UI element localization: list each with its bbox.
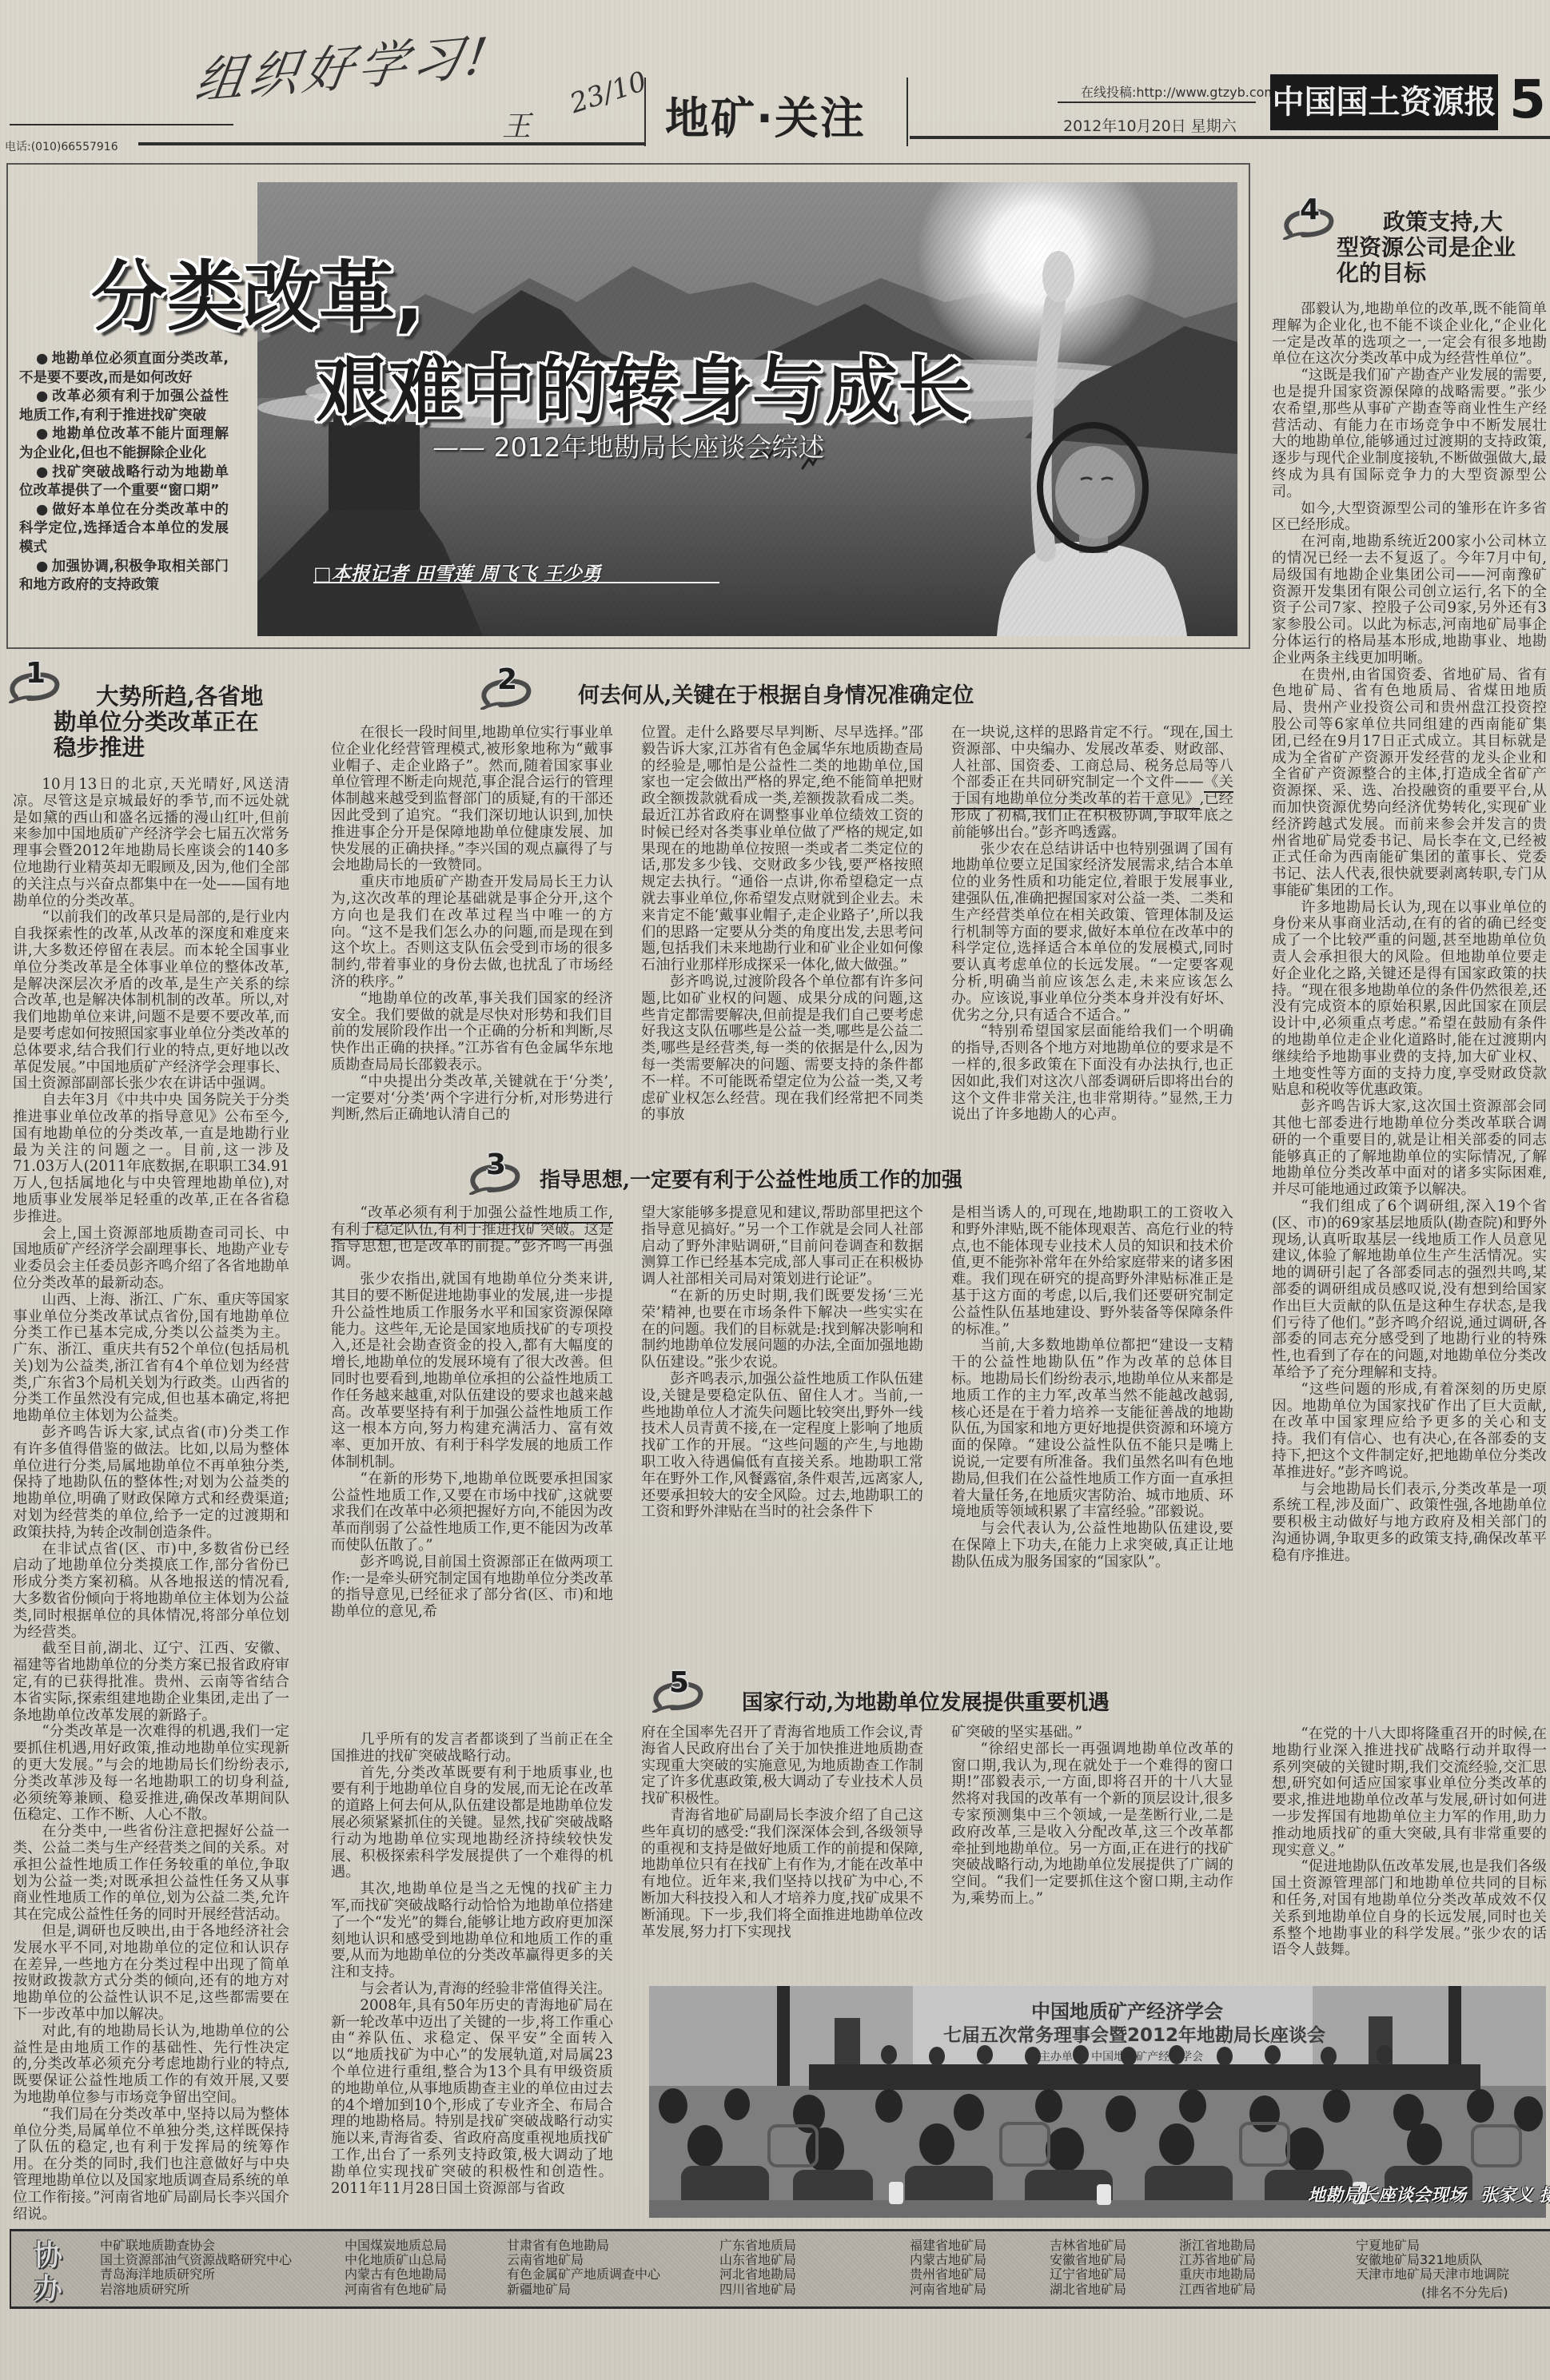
section-5-column-3: 矿突破的坚实基础。” “徐绍史部长一再强调地勘单位改革的窗口期,我认为,现在就处… bbox=[951, 1725, 1233, 1977]
organizer-item: 浙江省地勘局 bbox=[1179, 2239, 1256, 2253]
page-number: 5 bbox=[1509, 69, 1546, 130]
organizer-item: 安徽省地矿局 bbox=[1050, 2253, 1126, 2267]
paragraph: 但是,调研也反映出,由于各地经济社会发展水平不同,对地勘单位的定位和认识存在差异… bbox=[13, 1924, 289, 2024]
photo-banner-line-2: 七届五次常务理事会暨2012年地勘局长座谈会 bbox=[943, 2020, 1325, 2047]
paragraph: 对此,有的地勘局长认为,地勘单位的公益性是由地质工作的基础性、先行性决定的,分类… bbox=[13, 2024, 289, 2107]
paragraph: 张少农在总结讲话中也特别强调了国有地勘单位要立足国家经济发展需求,结合本单位的业… bbox=[951, 842, 1233, 1025]
paragraph: 是相当诱人的,可现在,地勘职工的工资收入和野外津贴,既不能体现艰苦、高危行业的特… bbox=[951, 1205, 1233, 1338]
section-number-badge: 5 bbox=[651, 1671, 706, 1713]
organizer-item: 贵州省地矿局 bbox=[910, 2267, 986, 2282]
section-2-column-1: 在很长一段时间里,地勘单位实行事业单位企业化经营管理模式,被形象地称为“戴事业帽… bbox=[331, 725, 613, 1124]
organizer-item: 辽宁省地矿局 bbox=[1050, 2267, 1126, 2282]
section-title-line: 型资源公司是企业 bbox=[1337, 235, 1536, 261]
organizer-item: 重庆市地勘局 bbox=[1179, 2267, 1256, 2282]
paragraph: “在党的十八大即将隆重召开的时候,在地勘行业深入推进找矿战略行动并取得一系列突破… bbox=[1272, 1726, 1547, 1859]
section-3-column-2: 望大家能够多提意见和建议,帮助部里把这个指导意见搞好。”另一个工作就是会同人社部… bbox=[641, 1205, 923, 1654]
section-number: 5 bbox=[669, 1666, 689, 1699]
organizer-item: 中矿联地质勘查协会 bbox=[100, 2239, 292, 2253]
paragraph: 山西、上海、浙江、广东、重庆等国家事业单位分类改革试点省份,国有地勘单位分类工作… bbox=[13, 1292, 289, 1425]
bullet-icon: ● bbox=[36, 350, 51, 369]
paragraph: “改革必须有利于加强公益性地质工作,有利于稳定队伍,有利于推进找矿突破。这是指导… bbox=[331, 1205, 613, 1272]
paragraph: 彭齐鸣表示,加强公益性地质工作队伍建设,关键是要稳定队伍、留住人才。当前,一些地… bbox=[641, 1371, 923, 1521]
paragraph: 张少农指出,就国有地勘单位分类来讲,其目的要不断促进地勘事业的发展,进一步提升公… bbox=[331, 1272, 613, 1471]
bullet-icon: ● bbox=[36, 501, 51, 520]
organizer-item: 河北省地勘局 bbox=[719, 2267, 796, 2282]
header-divider-right bbox=[906, 78, 908, 146]
submission-rule bbox=[1058, 101, 1256, 103]
key-point: ●找矿突破战略行动为地勘单位改革提供了一个重要“窗口期” bbox=[19, 464, 229, 501]
paragraph: 邵毅认为,地勘单位的改革,既不能简单理解为企业化,也不能不谈企业化,“企业化一定… bbox=[1272, 301, 1547, 368]
footer-label-ban: 办 bbox=[34, 2267, 62, 2307]
paragraph-text: 在一块说,这样的思路肯定不行。“现在,国土资源部、中央编办、发展改革委、财政部、… bbox=[951, 725, 1233, 790]
bullet-icon: ● bbox=[36, 464, 51, 483]
section-title-line: 化的目标 bbox=[1337, 261, 1536, 286]
header-rule-left bbox=[138, 142, 644, 145]
headline-subtitle: —— 2012年地勘局长座谈会综述 bbox=[432, 427, 824, 464]
section-number: 1 bbox=[26, 657, 46, 690]
bullet-icon: ● bbox=[36, 388, 51, 407]
paragraph: “我们组成了6个调研组,深入19个省(区、市)的69家基层地质队(勘查院)和野外… bbox=[1272, 1199, 1547, 1382]
bullet-icon: ● bbox=[36, 558, 51, 577]
newspaper-masthead: 中国国土资源报 bbox=[1270, 74, 1498, 130]
paragraph: 会上,国土资源部地质勘查司司长、中国地质矿产经济学会副理事长、地勘产业专业委员会… bbox=[13, 1226, 289, 1292]
paragraph: 与会者认为,青海的经验非常值得关注。 bbox=[331, 1981, 613, 1998]
organizer-item: 江西省地矿局 bbox=[1179, 2282, 1256, 2297]
section-number: 3 bbox=[486, 1148, 506, 1181]
photo-banner-host: 主办单位: 中国地质矿产经济学会 bbox=[1039, 2048, 1203, 2064]
paragraph-text: “ bbox=[360, 1205, 367, 1221]
paragraph: 彭齐鸣说,过渡阶段各个单位都有许多问题,比如矿业权的问题、成果分成的问题,这些肯… bbox=[641, 974, 923, 1124]
phone-number: 电话:(010)66557916 bbox=[5, 138, 118, 154]
headline-line-2: 艰难中的转身与成长 bbox=[316, 332, 970, 437]
photo-credit: 张家义 摄 bbox=[1480, 2186, 1550, 2206]
bullet-icon: ● bbox=[36, 425, 51, 444]
organizer-item: 甘肃省有色地勘局 bbox=[507, 2239, 660, 2253]
section-2-column-2: 位置。走什么路要尽早判断、尽早选择。”邵毅告诉大家,江苏省有色金属华东地质勘查局… bbox=[641, 725, 923, 1124]
paragraph: 彭齐鸣说,目前国土资源部正在做两项工作:一是牵头研究制定国有地勘单位分类改革的指… bbox=[331, 1554, 613, 1621]
organizer-item: 江苏省地矿局 bbox=[1179, 2253, 1256, 2267]
paragraph: 2008年,具有50年历史的青海地矿局在新一轮改革中迈出了关键的一步,将工作重心… bbox=[331, 1998, 613, 2198]
header-rule-right bbox=[910, 136, 1550, 139]
section-number-badge: 2 bbox=[480, 668, 534, 710]
section-5-column-4: “在党的十八大即将隆重召开的时候,在地勘行业深入推进找矿战略行动并取得一系列突破… bbox=[1272, 1726, 1547, 1979]
section-3-column-1: “改革必须有利于加强公益性地质工作,有利于稳定队伍,有利于推进找矿突破。这是指导… bbox=[331, 1205, 613, 1654]
section-5-column-1: 几乎所有的发言者都谈到了当前正在全国推进的找矿突破战略行动。 首先,分类改革既要… bbox=[331, 1732, 613, 2223]
paragraph: 望大家能够多提意见和建议,帮助部里把这个指导意见搞好。”另一个工作就是会同人社部… bbox=[641, 1205, 923, 1288]
organizer-column: 广东省地质局 山东省地矿局 河北省地勘局 四川省地矿局 bbox=[719, 2239, 796, 2297]
paragraph: 10月13日的北京,天光晴好,风送清凉。尽管这是京城最好的季节,而不远处就是如黛… bbox=[13, 777, 289, 909]
key-point: ●做好本单位在分类改革中的科学定位,选择适合本单位的发展模式 bbox=[19, 501, 229, 558]
section-title-line: 政策支持,大 bbox=[1337, 209, 1536, 235]
paragraph: 与会地勘局长们表示,分类改革是一项系统工程,涉及面广、政策性强,各地勘单位要积极… bbox=[1272, 1482, 1547, 1565]
organizer-item: 吉林省地矿局 bbox=[1050, 2239, 1126, 2253]
paragraph: 其次,地勘单位是当之无愧的找矿主力军,而找矿突破战略行动恰恰为地勘单位搭建了一个… bbox=[331, 1881, 613, 1981]
handwritten-signature: 王 bbox=[502, 104, 531, 145]
paragraph: 重庆市地质矿产勘查开发局局长王力认为,这次改革的理论基础就是事企分开,这个方向也… bbox=[331, 874, 613, 991]
key-point: ●地勘单位改革不能片面理解为企业化,但也不能摒除企业化 bbox=[19, 425, 229, 463]
organizer-item: 新疆地矿局 bbox=[507, 2282, 660, 2297]
paragraph: “分类改革是一次难得的机遇,我们一定要抓住机遇,用好政策,推动地勘单位实现新的更… bbox=[13, 1724, 289, 1824]
section-4-column: 邵毅认为,地勘单位的改革,既不能简单理解为企业化,也不能不谈企业化,“企业化一定… bbox=[1272, 301, 1547, 1673]
paragraph: “徐绍史部长一再强调地勘单位改革的窗口期,我认为,现在就处于一个难得的窗口期!”… bbox=[951, 1741, 1233, 1908]
handwriting-rule bbox=[10, 124, 233, 125]
photo-banner-line-1: 中国地质矿产经济学会 bbox=[1031, 1996, 1223, 2024]
section-1-column: 10月13日的北京,天光晴好,风送清凉。尽管这是京城最好的季节,而不远处就是如黛… bbox=[13, 777, 289, 2223]
paragraph: 在贵州,由省国资委、省地矿局、省有色地矿局、省有色地质局、省煤田地质局、贵州产业… bbox=[1272, 667, 1547, 900]
section-number-badge: 3 bbox=[468, 1153, 523, 1195]
paragraph: “特别希望国家层面能给我们一个明确的指导,否则各个地方对地勘单位的要求是不一样的… bbox=[951, 1024, 1233, 1124]
organizer-item: 内蒙古有色地勘局 bbox=[345, 2267, 447, 2282]
submission-link[interactable]: 在线投稿:http://www.gtzyb.com bbox=[1081, 82, 1277, 101]
organizer-item: 福建省地矿局 bbox=[910, 2239, 986, 2253]
paragraph: 首先,分类改革既要有利于地质事业,也要有利于地勘单位自身的发展,而无论在改革的道… bbox=[331, 1765, 613, 1882]
paragraph: “在新的形势下,地勘单位既要承担国家公益性地质工作,又要在市场中找矿,这就要求我… bbox=[331, 1471, 613, 1554]
paragraph: 在一块说,这样的思路肯定不行。“现在,国土资源部、中央编办、发展改革委、财政部、… bbox=[951, 725, 1233, 842]
section-2-title: 何去何从,关键在于根据自身情况准确定位 bbox=[578, 678, 974, 709]
organizer-item: 河南省有色地矿局 bbox=[345, 2282, 447, 2297]
head-table bbox=[809, 2064, 1480, 2090]
paragraph: 自去年3月《中共中央 国务院关于分类推进事业单位改革的指导意见》公布至今,国有地… bbox=[13, 1092, 289, 1225]
paragraph: 几乎所有的发言者都谈到了当前正在全国推进的找矿突破战略行动。 bbox=[331, 1732, 613, 1765]
handwritten-underline-text: 改革必须有利于加强公益性地质工作,有利于稳定队伍,有利于推进找矿突破。 bbox=[331, 1205, 613, 1240]
section-5-title: 国家行动,为地勘单位发展提供重要机遇 bbox=[742, 1685, 1110, 1716]
section-title-line: 大势所趋,各省地 bbox=[54, 683, 269, 709]
organizer-column: 宁夏地矿局 安徽地矿局321地质队 天津市地矿局天津市地调院 bbox=[1356, 2239, 1509, 2282]
paragraph: 青海省地矿局副局长李波介绍了自己这些年真切的感受:“我们深深体会到,各级领导的重… bbox=[641, 1808, 923, 1940]
organizer-item: 安徽地矿局321地质队 bbox=[1356, 2253, 1509, 2267]
paragraph: 在河南,地勘系统近200家小公司林立的情况已经一去不复返了。今年7月中旬,局级国… bbox=[1272, 534, 1547, 667]
paragraph: “地勘单位的改革,事关我们国家的经济安全。我们要做的就是尽快对形势和我们目前的发… bbox=[331, 991, 613, 1074]
paragraph: 与会代表认为,公益性地勘队伍建设,要在保障上下功夫,在能力上求突破,真正让地勘队… bbox=[951, 1521, 1233, 1570]
paragraph: 在分类中,一些省份注意把握好公益一类、公益二类与生产经营类之间的关系。对承担公益… bbox=[13, 1824, 289, 1924]
header-divider-left bbox=[644, 78, 646, 146]
organizer-item: 内蒙古地矿局 bbox=[910, 2253, 986, 2267]
section-4-title: 政策支持,大 型资源公司是企业 化的目标 bbox=[1337, 209, 1536, 286]
key-point-text: 找矿突破战略行动为地勘单位改革提供了一个重要“窗口期” bbox=[19, 464, 229, 499]
organizer-item: 宁夏地矿局 bbox=[1356, 2239, 1509, 2253]
organizer-column: 中国煤炭地质总局 中化地质矿山总局 内蒙古有色地勘局 河南省有色地矿局 bbox=[345, 2239, 447, 2297]
organizer-item: 广东省地质局 bbox=[719, 2239, 796, 2253]
key-points-list: ●地勘单位必须直面分类改革,不是要不要改,而是如何改好 ●改革必须有利于加强公益… bbox=[19, 350, 229, 595]
organizer-item: 天津市地矿局天津市地调院 bbox=[1356, 2267, 1509, 2282]
organizer-item: 青岛海洋地质研究所 bbox=[100, 2267, 292, 2282]
paragraph: “以前我们的改革只是局部的,是行业内自我探索性的改革,从改革的深度和难度来讲,大… bbox=[13, 909, 289, 1092]
page-section-title: 地矿·关注 bbox=[665, 83, 866, 146]
organizer-item: 中化地质矿山总局 bbox=[345, 2253, 447, 2267]
paragraph: 在非试点省(区、市)中,多数省份已经启动了地勘单位分类摸底工作,部分省份已形成分… bbox=[13, 1542, 289, 1642]
organizer-column: 吉林省地矿局 安徽省地矿局 辽宁省地矿局 湖北省地矿局 bbox=[1050, 2239, 1126, 2297]
paragraph: 当前,大多数地勘单位都把“建设一支精干的公益性地勘队伍”作为改革的总体目标。地勘… bbox=[951, 1338, 1233, 1521]
paragraph: “我们局在分类改革中,坚持以局为整体单位分类,局属单位不单独分类,这样既保持了队… bbox=[13, 2107, 289, 2223]
paragraph: “这既是我们矿产勘查产业发展的需要,也是提升国家资源保障的战略需要。”张少农希望… bbox=[1272, 368, 1547, 500]
organizer-item: 中国煤炭地质总局 bbox=[345, 2239, 447, 2253]
section-3-title: 指导思想,一定要有利于公益性地质工作的加强 bbox=[540, 1164, 962, 1193]
section-title-line: 稳步推进 bbox=[54, 734, 269, 760]
issue-date: 2012年10月20日 星期六 bbox=[1063, 114, 1237, 136]
paragraph: “促进地勘队伍改革发展,也是我们各级国土资源管理部门和地勘单位共同的目标和任务,… bbox=[1272, 1859, 1547, 1959]
paragraph: “在新的历史时期,我们既要发扬‘三光荣’精神,也要在市场条件下解决一些实实在在的… bbox=[641, 1288, 923, 1371]
byline-rule bbox=[313, 582, 719, 583]
paragraph: 彭齐鸣告诉大家,试点省(市)分类工作有许多值得借鉴的做法。比如,以局为整体单位进… bbox=[13, 1425, 289, 1542]
section-3-column-3: 是相当诱人的,可现在,地勘职工的工资收入和野外津贴,既不能体现艰苦、高危行业的特… bbox=[951, 1205, 1233, 1654]
headline-line-1: 分类改革, bbox=[91, 237, 424, 345]
section-5-column-2: 府在全国率先召开了青海省地质工作会议,青海省人民政府出台了关于加快推进地质勘查实… bbox=[641, 1725, 923, 1977]
paragraph: 彭齐鸣告诉大家,这次国土资源部会同其他七部委进行地勘单位分类改革联合调研的一个重… bbox=[1272, 1099, 1547, 1199]
paragraph: 截至目前,湖北、辽宁、江西、安徽、福建等省地勘单位的分类方案已报省政府审定,有的… bbox=[13, 1641, 289, 1724]
paragraph: 府在全国率先召开了青海省地质工作会议,青海省人民政府出台了关于加快推进地质勘查实… bbox=[641, 1725, 923, 1808]
section-number: 4 bbox=[1300, 193, 1320, 226]
section-2-column-3: 在一块说,这样的思路肯定不行。“现在,国土资源部、中央编办、发展改革委、财政部、… bbox=[951, 725, 1233, 1124]
paragraph: 矿突破的坚实基础。” bbox=[951, 1725, 1233, 1741]
photo-caption: 地勘局长座谈会现场张家义 摄 bbox=[1308, 2182, 1550, 2207]
section-title-line: 勘单位分类改革正在 bbox=[54, 709, 269, 734]
organizer-item: 国土资源部油气资源战略研究中心 bbox=[100, 2253, 292, 2267]
paragraph: “中央提出分类改革,关键就在于‘分类’,一定要对‘分类’两个字进行分析,对形势进… bbox=[331, 1074, 613, 1124]
organizer-column: 福建省地矿局 内蒙古地矿局 贵州省地矿局 河南省地矿局 bbox=[910, 2239, 986, 2297]
section-number-badge: 4 bbox=[1282, 198, 1337, 240]
organizer-item: 河南省地矿局 bbox=[910, 2282, 986, 2297]
organizer-column: 浙江省地勘局 江苏省地矿局 重庆市地勘局 江西省地矿局 bbox=[1179, 2239, 1256, 2297]
caption-text: 地勘局长座谈会现场 bbox=[1308, 2186, 1466, 2206]
organizer-item: 四川省地矿局 bbox=[719, 2282, 796, 2297]
paragraph: 在很长一段时间里,地勘单位实行事业单位企业化经营管理模式,被形象地称为“戴事业帽… bbox=[331, 725, 613, 874]
organizer-column: 甘肃省有色地勘局 云南省地矿局 有色金属矿产地质调查中心 新疆地矿局 bbox=[507, 2239, 660, 2297]
section-1-title: 大势所趋,各省地 勘单位分类改革正在 稳步推进 bbox=[54, 683, 269, 760]
key-point-text: 地勘单位改革不能片面理解为企业化,但也不能摒除企业化 bbox=[19, 426, 229, 461]
key-point-text: 做好本单位在分类改革中的科学定位,选择适合本单位的发展模式 bbox=[19, 502, 229, 555]
paragraph: “这些问题的形成,有着深刻的历史原因。地勘单位为国家找矿作出了巨大贡献,在改革中… bbox=[1272, 1382, 1547, 1482]
key-point: ●改革必须有利于加强公益性地质工作,有利于推进找矿突破 bbox=[19, 388, 229, 425]
organizer-item: 山东省地矿局 bbox=[719, 2253, 796, 2267]
key-point: ●地勘单位必须直面分类改革,不是要不要改,而是如何改好 bbox=[19, 350, 229, 388]
organizer-item: 湖北省地矿局 bbox=[1050, 2282, 1126, 2297]
paragraph: 许多地勘局长认为,现在以事业单位的身份来从事商业活动,在有的省的确已经变成了一个… bbox=[1272, 900, 1547, 1100]
organizer-column: 中矿联地质勘查协会 国土资源部油气资源战略研究中心 青岛海洋地质研究所 岩溶地质… bbox=[100, 2239, 292, 2297]
section-number: 2 bbox=[497, 663, 517, 696]
paragraph: 位置。走什么路要尽早判断、尽早选择。”邵毅告诉大家,江苏省有色金属华东地质勘查局… bbox=[641, 725, 923, 974]
key-point-text: 加强协调,积极争取相关部门和地方政府的支持政策 bbox=[19, 559, 229, 594]
paragraph: 如今,大型资源型公司的雏形在许多省区已经形成。 bbox=[1272, 501, 1547, 535]
organizer-item: 有色金属矿产地质调查中心 bbox=[507, 2267, 660, 2282]
organizer-item: 岩溶地质研究所 bbox=[100, 2282, 292, 2297]
organizer-item: 云南省地矿局 bbox=[507, 2253, 660, 2267]
ranking-note: (排名不分先后) bbox=[1421, 2282, 1508, 2301]
key-point: ●加强协调,积极争取相关部门和地方政府的支持政策 bbox=[19, 558, 229, 595]
